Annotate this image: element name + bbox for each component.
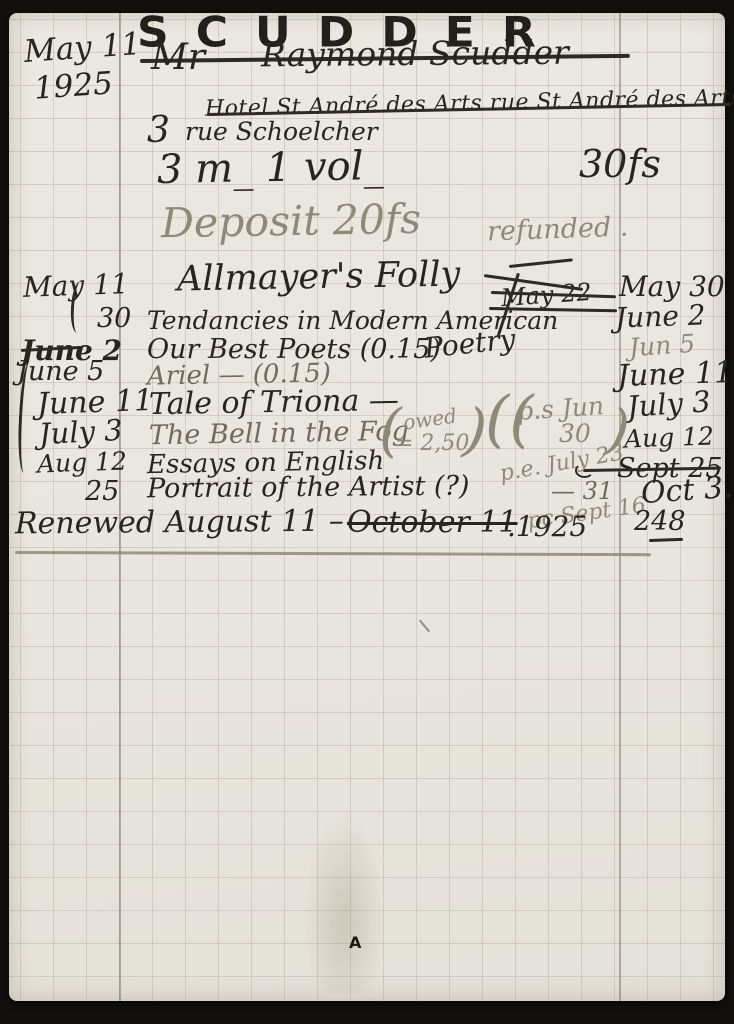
deposit-status: refunded .	[487, 214, 629, 246]
owed-word: owed	[402, 405, 458, 432]
loan-borrowed-5: July 3	[38, 416, 123, 449]
lending-card: SCUDDER May 11 1925 Mr Raymond Scudder H…	[9, 13, 725, 1001]
address-street: rue Schoelcher	[185, 119, 378, 144]
loan-borrowed-7: 25	[85, 478, 119, 505]
loan-title-7: Portrait of the Artist (?)	[147, 473, 470, 503]
loan-returned-7: Oct 3.	[640, 473, 733, 509]
loan-borrowed-1: 30	[97, 305, 131, 332]
membership-year: 1925	[33, 68, 114, 104]
loan-returned-5: Aug 12	[624, 423, 715, 451]
smudge-stain	[304, 813, 384, 993]
loan-returned-4: July 3	[626, 387, 711, 422]
renewal-year: .1925	[507, 513, 587, 541]
loan-returned-0: May 30	[619, 273, 725, 301]
figure-248: 248	[634, 508, 686, 535]
renewal-underline	[15, 551, 651, 556]
renewal-struck-date: October 11	[347, 508, 518, 538]
stray-ink-mark: A	[349, 935, 361, 951]
subscription-fee: 30fs	[579, 145, 661, 183]
pencil-tick	[419, 620, 430, 633]
loan-borrowed-6: Aug 12	[37, 448, 128, 476]
pencil-note-ps-amount: 30	[559, 421, 591, 446]
address-number: 3	[147, 113, 170, 149]
owed-amount: = 2,50	[395, 433, 469, 455]
renewal-text: Renewed August 11 –	[15, 507, 344, 540]
figure-underline	[649, 538, 683, 542]
subscription-terms: 3 m_ 1 vol_	[157, 146, 384, 190]
deposit-line: Deposit 20fs	[161, 199, 422, 245]
member-name: Raymond Scudder	[261, 36, 569, 72]
loan-title-5: The Bell in the Fog	[149, 418, 409, 450]
membership-date: May 11	[23, 29, 142, 68]
member-honorific: Mr	[151, 40, 205, 76]
loan-title-0: Allmayer's Folly	[177, 258, 461, 298]
scribble-stroke	[509, 258, 573, 267]
loan-title-4: Tale of Triona —	[149, 386, 399, 420]
